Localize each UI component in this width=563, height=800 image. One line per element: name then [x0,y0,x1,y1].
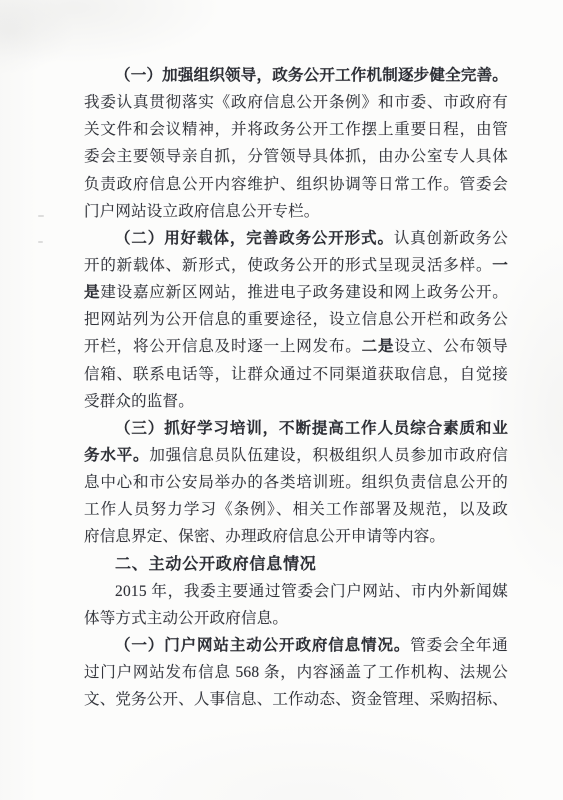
text-line: 府信息界定、保密、办理政府信息公开申请等内容。 [84,523,508,550]
text-segment-body: 体等方式主动公开政府信息。 [84,610,288,627]
text-line: （一）加强组织领导，政务公开工作机制逐步健全完善。 [84,62,508,89]
text-segment-body: 认真创新政务公 [394,230,508,247]
text-segment-hei: 二、主动公开政府信息情况 [115,556,317,573]
text-line: 把网站列为公开信息的重要途径，设立信息公开栏和政务公 [84,306,508,333]
text-segment-em: 务水平。 [84,447,149,464]
document-body: （一）加强组织领导，政务公开工作机制逐步健全完善。我委认真贯彻落实《政府信息公开… [84,62,508,713]
text-segment-body: 开的新载体、新形式，使政务公开的形式呈现灵活多样。 [84,257,492,274]
text-segment-body: 管委会全年通 [410,637,508,654]
text-segment-body: 文、党务公开、人事信息、工作动态、资金管理、采购招标、 [84,691,508,708]
text-line: （一）门户网站主动公开政府信息情况。管委会全年通 [84,632,508,659]
scan-artifact [38,241,43,243]
text-line: 委会主要领导亲自抓，分管领导具体抓，由办公室专人具体 [84,143,508,170]
text-segment-body: 过门户网站发布信息 568 条，内容涵盖了工作机构、法规公 [84,664,508,681]
text-line: （三）抓好学习培训，不断提高工作人员综合素质和业 [84,415,508,442]
text-line: 过门户网站发布信息 568 条，内容涵盖了工作机构、法规公 [84,659,508,686]
text-line: 负责政府信息公开内容维护、组织协调等日常工作。管委会 [84,171,508,198]
text-segment-body: 建设嘉应新区网站，推进电子政务建设和网上政务公开。 [100,284,508,301]
text-line: 工作人员努力学习《条例》、相关工作部署及规范，以及政 [84,496,508,523]
text-line: 门户网站设立政府信息公开专栏。 [84,198,508,225]
text-segment-body: 关文件和会议精神，并将政务公开工作摆上重要日程，由管 [84,121,508,138]
text-line: 关文件和会议精神，并将政务公开工作摆上重要日程，由管 [84,116,508,143]
text-segment-body: 2015 年，我委主要通过管委会门户网站、市内外新闻媒 [115,583,508,600]
text-segment-body: 息中心和市公安局举办的各类培训班。组织负责信息公开的 [84,474,508,491]
text-segment-body: 信箱、联系电话等，让群众通过不同渠道获取信息，自觉接 [84,366,508,383]
text-line: 2015 年，我委主要通过管委会门户网站、市内外新闻媒 [84,578,508,605]
text-line: 二、主动公开政府信息情况 [84,551,508,578]
text-segment-body: 设立、公布领导 [394,338,508,355]
text-line: 开栏，将公开信息及时逐一上网发布。二是设立、公布领导 [84,333,508,360]
text-segment-em: 二是 [362,338,395,355]
text-segment-body: 开栏，将公开信息及时逐一上网发布。 [84,338,362,355]
text-segment-body: 把网站列为公开信息的重要途径，设立信息公开栏和政务公 [84,311,508,328]
text-line: 受群众的监督。 [84,388,508,415]
text-segment-body: 门户网站设立政府信息公开专栏。 [84,203,320,220]
text-segment-body: 我委认真贯彻落实《政府信息公开条例》和市委、市政府有 [84,94,508,111]
scanned-page: （一）加强组织领导，政务公开工作机制逐步健全完善。我委认真贯彻落实《政府信息公开… [0,0,563,800]
scan-artifact [38,215,44,217]
text-segment-body: 委会主要领导亲自抓，分管领导具体抓，由办公室专人具体 [84,148,508,165]
text-line: 信箱、联系电话等，让群众通过不同渠道获取信息，自觉接 [84,361,508,388]
text-segment-em: （二）用好载体，完善政务公开形式。 [115,230,394,247]
text-line: 务水平。加强信息员队伍建设，积极组织人员参加市政府信 [84,442,508,469]
text-segment-body: 府信息界定、保密、办理政府信息公开申请等内容。 [84,528,445,545]
text-line: 是建设嘉应新区网站，推进电子政务建设和网上政务公开。 [84,279,508,306]
text-segment-body: 加强信息员队伍建设，积极组织人员参加市政府信 [149,447,508,464]
text-line: （二）用好载体，完善政务公开形式。认真创新政务公 [84,225,508,252]
text-segment-em: 是 [84,284,100,301]
text-segment-body: 工作人员努力学习《条例》、相关工作部署及规范，以及政 [84,501,508,518]
text-segment-em: 一 [492,257,508,274]
text-line: 文、党务公开、人事信息、工作动态、资金管理、采购招标、 [84,686,508,713]
text-segment-body: 受群众的监督。 [84,393,194,410]
text-line: 息中心和市公安局举办的各类培训班。组织负责信息公开的 [84,469,508,496]
text-segment-em: （一）加强组织领导，政务公开工作机制逐步健全完善。 [115,67,508,84]
text-line: 我委认真贯彻落实《政府信息公开条例》和市委、市政府有 [84,89,508,116]
text-segment-body: 负责政府信息公开内容维护、组织协调等日常工作。管委会 [84,176,508,193]
text-line: 体等方式主动公开政府信息。 [84,605,508,632]
text-segment-em: （一）门户网站主动公开政府信息情况。 [115,637,410,654]
text-line: 开的新载体、新形式，使政务公开的形式呈现灵活多样。一 [84,252,508,279]
text-segment-em: （三）抓好学习培训，不断提高工作人员综合素质和业 [115,420,508,437]
